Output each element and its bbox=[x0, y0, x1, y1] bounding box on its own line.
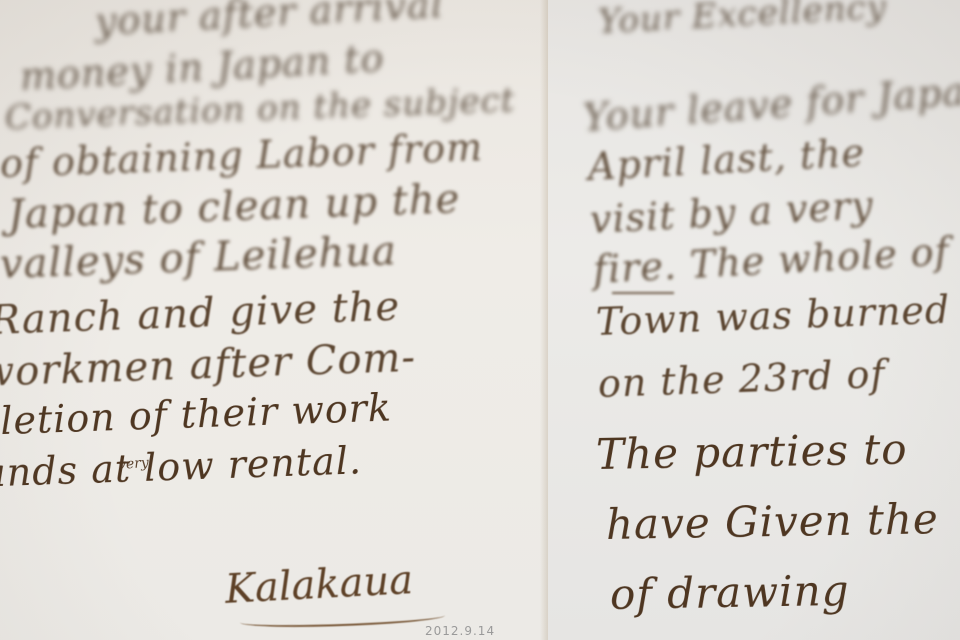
handwritten-line: on the 23rd of bbox=[597, 352, 886, 406]
handwritten-line: The parties to bbox=[596, 425, 908, 479]
handwritten-line: Your leave for Japan bbox=[581, 68, 960, 140]
handwritten-line: April last, the bbox=[587, 131, 866, 189]
underline-mark bbox=[612, 292, 674, 294]
handwritten-line: valleys of Leilehua bbox=[0, 228, 398, 288]
signature: Kalakaua bbox=[224, 557, 414, 613]
handwritten-line: visit by a very bbox=[589, 183, 875, 242]
handwritten-line: Your Excellency bbox=[597, 0, 888, 42]
letter-photograph: your after arrival money in Japan to Con… bbox=[0, 0, 960, 640]
right-page: Your Excellency Your leave for Japan Apr… bbox=[548, 0, 960, 640]
handwritten-line: Town was burned bbox=[595, 288, 951, 344]
catalog-number: 2012.9.14 bbox=[425, 624, 495, 638]
handwritten-line: Ranch and give the bbox=[0, 284, 401, 344]
signature-flourish bbox=[240, 608, 445, 629]
handwritten-line: your after arrival bbox=[94, 0, 445, 44]
handwritten-line: of drawing bbox=[610, 566, 850, 619]
handwritten-line: pletion of their work bbox=[0, 385, 393, 444]
handwritten-line: have Given the bbox=[606, 494, 940, 549]
left-page: your after arrival money in Japan to Con… bbox=[0, 0, 548, 640]
handwritten-line: lands at low rental. bbox=[0, 438, 363, 496]
